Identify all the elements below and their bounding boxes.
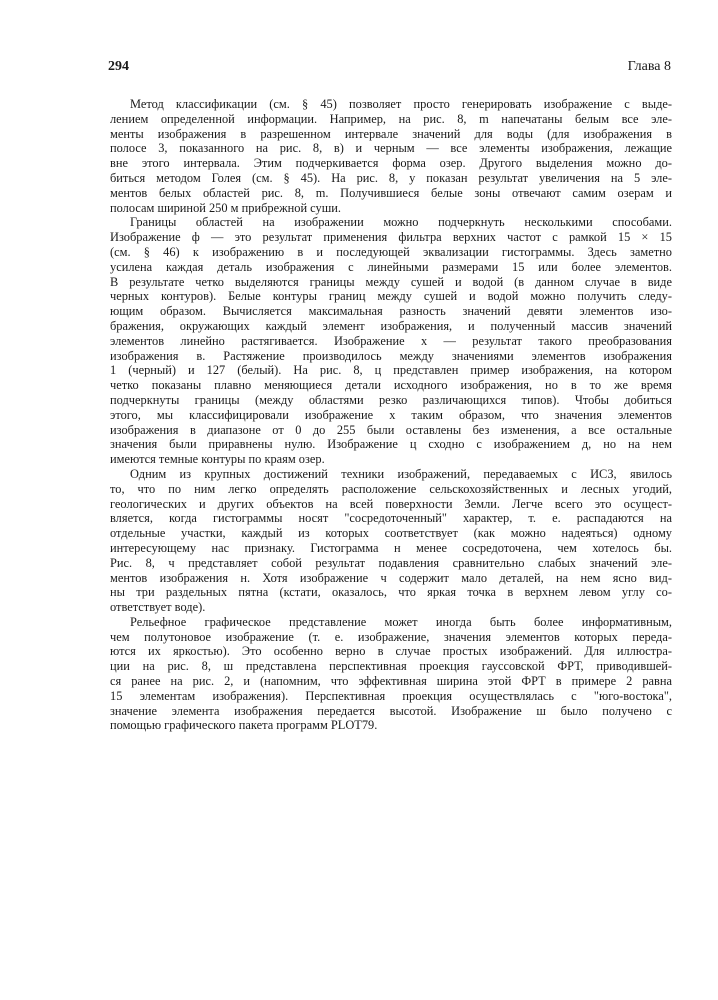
text-line: четко показаны плавно меняющиеся детали … — [110, 378, 672, 393]
text-line: (см. § 46) к изображению в и последующей… — [110, 245, 672, 260]
paragraph: Рельефное графическое представление може… — [110, 615, 672, 733]
text-line: менты изображения в разрешенном интервал… — [110, 127, 672, 142]
text-line: полосам шириной 250 м прибрежной суши. — [110, 201, 672, 216]
text-line: геологических и других объектов на всей … — [110, 497, 672, 512]
text-line: отдельные участки, каждый из которых соо… — [110, 526, 672, 541]
text-line: ны три раздельных пятна (кстати, оказало… — [110, 585, 672, 600]
text-line: элементов линейно растягивается. Изображ… — [110, 334, 672, 349]
text-line: изображения в. Растяжение производилось … — [110, 349, 672, 364]
page-number: 294 — [108, 59, 129, 75]
text-line: черных контуров). Белые контуры границ м… — [110, 289, 672, 304]
paragraph: Границы областей на изображении можно по… — [110, 215, 672, 467]
text-line: ментов белых областей рис. 8, m. Получив… — [110, 186, 672, 201]
text-line: этого, мы классифицировали изображение х… — [110, 408, 672, 423]
paragraph: Метод классификации (см. § 45) позволяет… — [110, 97, 672, 215]
text-line: значение элемента изображения передается… — [110, 704, 672, 719]
text-line: Метод классификации (см. § 45) позволяет… — [110, 97, 672, 112]
text-line: ются их яркостью). Это особенно верно в … — [110, 644, 672, 659]
text-line: вне этого интервала. Этим подчеркивается… — [110, 156, 672, 171]
text-line: ции на рис. 8, ш представлена перспектив… — [110, 659, 672, 674]
chapter-title: Глава 8 — [628, 59, 671, 75]
text-line: Одним из крупных достижений техники изоб… — [110, 467, 672, 482]
text-line: ся ранее на рис. 2, и (напомним, что эфф… — [110, 674, 672, 689]
text-line: бражения, окружающих каждый элемент изоб… — [110, 319, 672, 334]
text-line: ющим образом. Вычисляется максимальная р… — [110, 304, 672, 319]
text-line: вляется, когда гистограммы носят "сосред… — [110, 511, 672, 526]
text-line: Рис. 8, ч представляет собой результат п… — [110, 556, 672, 571]
text-line: лением определенной информации. Например… — [110, 112, 672, 127]
text-line: полосе 3, показанного на рис. 8, в) и че… — [110, 141, 672, 156]
text-line: Рельефное графическое представление може… — [110, 615, 672, 630]
text-line: подчеркнуты границы (между областями рез… — [110, 393, 672, 408]
body-text: Метод классификации (см. § 45) позволяет… — [110, 97, 672, 733]
text-line: 1 (черный) и 127 (белый). На рис. 8, ц п… — [110, 363, 672, 378]
text-line: значения были приравнены нулю. Изображен… — [110, 437, 672, 452]
text-line: ответствует воде). — [110, 600, 672, 615]
text-line: то, что по ним легко определять располож… — [110, 482, 672, 497]
text-line: 15 элементам изображения). Перспективная… — [110, 689, 672, 704]
paragraph: Одним из крупных достижений техники изоб… — [110, 467, 672, 615]
text-line: биться методом Голея (см. § 45). На рис.… — [110, 171, 672, 186]
text-line: чем полутоновое изображение (т. е. изобр… — [110, 630, 672, 645]
text-line: имеются темные контуры по краям озер. — [110, 452, 672, 467]
text-line: интересующему нас признаку. Гистограмма … — [110, 541, 672, 556]
text-line: Границы областей на изображении можно по… — [110, 215, 672, 230]
text-line: ментов изображения н. Хотя изображение ч… — [110, 571, 672, 586]
text-line: изображения в диапазоне от 0 до 255 были… — [110, 423, 672, 438]
text-line: усилена каждая деталь изображения с лине… — [110, 260, 672, 275]
text-line: помощью графического пакета программ PLO… — [110, 718, 672, 733]
text-line: Изображение ф — это результат применения… — [110, 230, 672, 245]
text-line: В результате четко выделяются границы ме… — [110, 275, 672, 290]
